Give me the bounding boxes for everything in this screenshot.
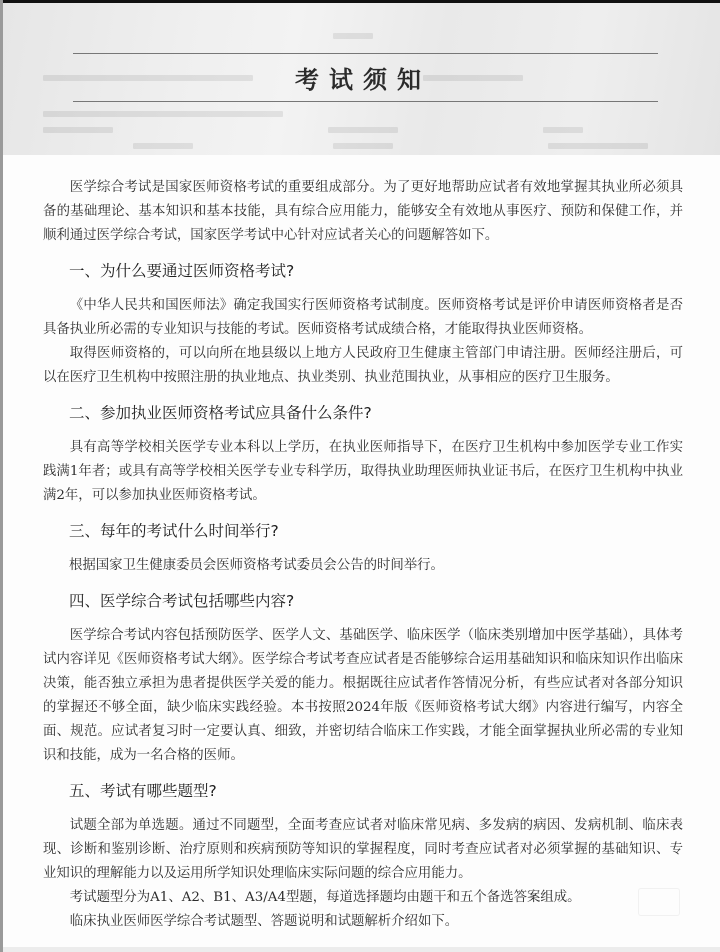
show-through-line — [43, 127, 113, 133]
section-1: 一、为什么要通过医师资格考试? 《中华人民共和国医师法》确定我国实行医师资格考试… — [43, 258, 683, 390]
section-heading: 五、考试有哪些题型? — [43, 778, 683, 804]
page-title: 考试须知 — [3, 60, 720, 95]
show-through-line — [43, 111, 283, 117]
show-through-line — [333, 143, 393, 149]
show-through-line — [548, 143, 648, 149]
section-heading: 一、为什么要通过医师资格考试? — [43, 258, 683, 284]
section-paragraph: 具有高等学校相关医学专业本科以上学历，在执业医师指导下，在医疗卫生机构中参加医学… — [43, 436, 683, 508]
document-page: 考试须知 医学综合考试是国家医师资格考试的重要组成部分。为了更好地帮助应试者有效… — [0, 0, 720, 952]
title-rule-bottom — [73, 101, 658, 102]
section-heading: 二、参加执业医师资格考试应具备什么条件? — [43, 400, 683, 426]
section-3: 三、每年的考试什么时间举行? 根据国家卫生健康委员会医师资格考试委员会公告的时间… — [43, 518, 683, 578]
section-2: 二、参加执业医师资格考试应具备什么条件? 具有高等学校相关医学专业本科以上学历，… — [43, 400, 683, 508]
section-4: 四、医学综合考试包括哪些内容? 医学综合考试内容包括预防医学、医学人文、基础医学… — [43, 588, 683, 768]
section-paragraph: 试题全部为单选题。通过不同题型，全面考查应试者对临床常见病、多发病的病因、发病机… — [43, 814, 683, 886]
section-paragraph: 考试题型分为A1、A2、B1、A3/A4型题，每道选择题均由题干和五个备选答案组… — [43, 886, 683, 910]
section-paragraph: 《中华人民共和国医师法》确定我国实行医师资格考试制度。医师资格考试是评价申请医师… — [43, 294, 683, 342]
section-paragraph: 医学综合考试内容包括预防医学、医学人文、基础医学、临床医学（临床类别增加中医学基… — [43, 624, 683, 768]
section-heading: 四、医学综合考试包括哪些内容? — [43, 588, 683, 614]
section-heading: 三、每年的考试什么时间举行? — [43, 518, 683, 544]
section-paragraph: 取得医师资格的，可以向所在地县级以上地方人民政府卫生健康主管部门申请注册。医师经… — [43, 342, 683, 390]
section-5: 五、考试有哪些题型? 试题全部为单选题。通过不同题型，全面考查应试者对临床常见病… — [43, 778, 683, 934]
show-through-line — [543, 127, 583, 133]
faint-watermark — [638, 888, 680, 916]
bottom-edge — [3, 947, 720, 952]
document-body: 医学综合考试是国家医师资格考试的重要组成部分。为了更好地帮助应试者有效地掌握其执… — [43, 176, 683, 934]
show-through-line — [333, 33, 373, 39]
section-paragraph: 根据国家卫生健康委员会医师资格考试委员会公告的时间举行。 — [43, 554, 683, 578]
show-through-line — [133, 143, 193, 149]
title-rule-top — [73, 53, 658, 54]
intro-paragraph: 医学综合考试是国家医师资格考试的重要组成部分。为了更好地帮助应试者有效地掌握其执… — [43, 176, 683, 248]
section-paragraph: 临床执业医师医学综合考试题型、答题说明和试题解析介绍如下。 — [43, 910, 683, 934]
show-through-line — [328, 127, 398, 133]
